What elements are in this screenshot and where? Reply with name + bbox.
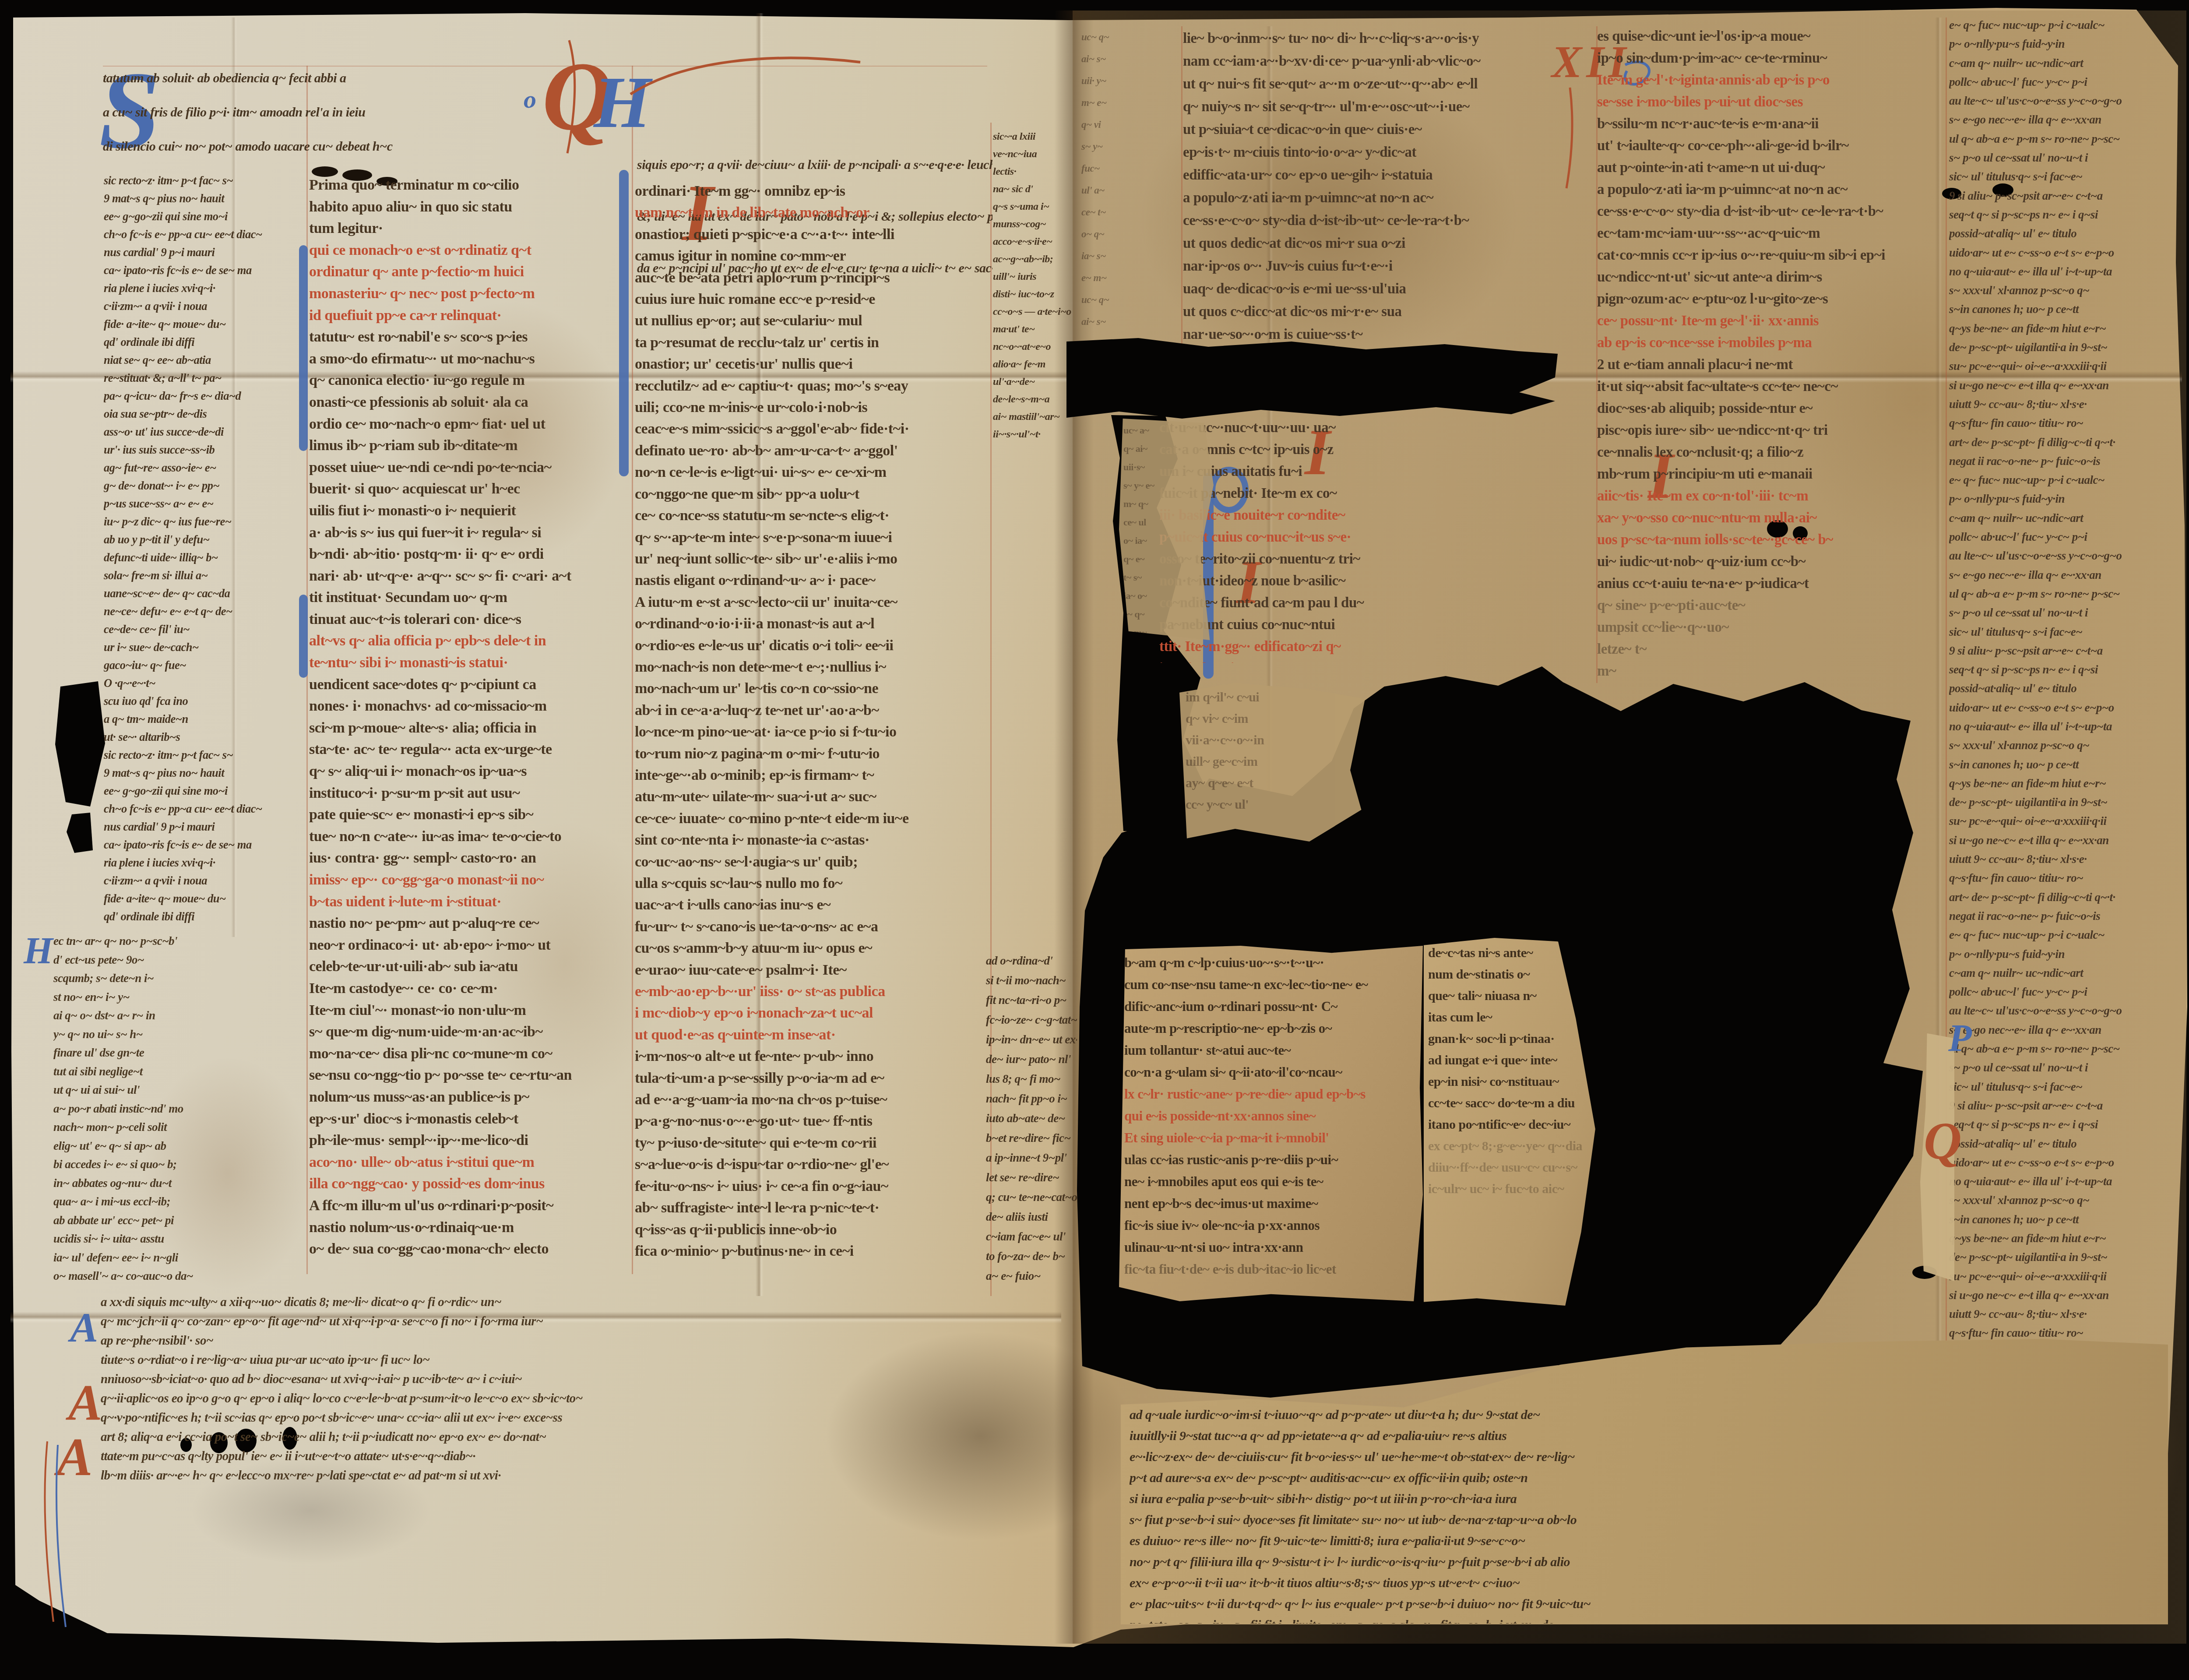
text-line: lo~nce~m pino~ue~at· ia~ce p~io si f~tu~… bbox=[635, 721, 990, 743]
text-line: scqumb; s~ dete~n i~ bbox=[53, 969, 316, 988]
text-line: ne~ i~mnobiles aput eos qui e~is te~ bbox=[1124, 1171, 1418, 1193]
text-line: ul'·a~·de~ bbox=[993, 373, 1077, 391]
text-line: negat ii rac~o~ne~ p~ fuic~o~is bbox=[1949, 452, 2186, 471]
text-line: cuius iure huic romane ecc~e p~resid~e bbox=[635, 289, 990, 310]
text-line: q~ nuiy~s n~ sit se~q~tr~· ul'm·e~·osc~u… bbox=[1183, 95, 1560, 118]
text-line: ma·ut' te~ bbox=[993, 321, 1077, 338]
text-line: ut p~siuia~t ce~dicac~o~in que~ ciuis·e~ bbox=[1183, 118, 1560, 141]
text-line: let se~ re~dire~ bbox=[986, 1168, 1077, 1187]
text-line: acco~e~s·ii·e~ bbox=[993, 233, 1077, 250]
text-line: ad e~·a~g~uam~ia mo~na ch~os p~tuise~ bbox=[635, 1089, 990, 1110]
text-line: mo~nach~is non dete~me~t e~;·nullius i~ bbox=[635, 656, 990, 678]
text-line: b~ndi· ab~itio· postq~m· ii· q~ e~ ordi bbox=[309, 543, 631, 565]
text-line: ut nullius ep~or; aut se~culariu~ mul bbox=[635, 310, 990, 331]
text-line: iu~ p~z dic~ q~ ius fue~re~ bbox=[104, 513, 308, 531]
text-line: tula~ti~um·a p~se~ssilly p~o~ia~m ad e~ bbox=[635, 1067, 990, 1089]
text-line: s~ xxx·ul' xl·annoz p~sc~o q~ bbox=[1949, 736, 2186, 755]
text-line: ur'· ius suis succe~ss~ib bbox=[104, 441, 308, 459]
text-line: fide· a~ite~ q~ moue~ du~ bbox=[104, 890, 308, 908]
text-line: a xx·di siquis mc~ulty~ a xii·q~·uo~ dic… bbox=[101, 1293, 1070, 1312]
manuscript-photo: o Q H XII S I I I I A A A H tatutum ab s… bbox=[0, 0, 2189, 1680]
text-line: a smo~do efirmatu~· ut mo~nachu~s bbox=[309, 348, 631, 370]
text-line: defunc~ti uide~ illiq~ b~ bbox=[104, 549, 308, 567]
text-line: ordinari· Ite~m gg~· omnibz ep~is bbox=[635, 180, 990, 202]
text-line: ria plene i iucies xvi·q~i· bbox=[104, 279, 308, 297]
text-line: s~ e~go nec~·e~ illa q~ e~·xx·an bbox=[1949, 1021, 2186, 1039]
text-line: uos p~sc~ta~num iolls·sc~te~·gc~ce~ b~ bbox=[1597, 529, 1947, 551]
text-line: possid~at·aliq~ ul' e~ titulo bbox=[1949, 679, 2186, 698]
text-line: nari· ab· ut~q~e· a~q~· sc~ s~ fi· c~ari… bbox=[309, 565, 631, 587]
text-line: nar·ue~so~·o~m is cuiue~ss·t~ bbox=[1183, 323, 1560, 346]
text-line: ab~ suffragiste~ inte~l le~ra p~nic~te~t… bbox=[635, 1197, 990, 1219]
right-column-2-top: es quise~dic~unt ie~l'os·ip~a moue~ip~o … bbox=[1597, 25, 1947, 692]
text-line: ad o~rdina~d' bbox=[986, 951, 1077, 971]
text-line: qui ce monach~o e~st o~rdinatiz q~t bbox=[309, 239, 631, 261]
text-line: o~rdio~es e~le~us ur' dicatis o~i toli~ … bbox=[635, 635, 990, 656]
text-line: ria plene i iucies xvi·q~i· bbox=[104, 854, 308, 872]
text-line: s~ p~o ul ce~ssat ul' no~u~t i bbox=[1949, 1058, 2186, 1077]
fragment-above-hole: im q~il'~ c~uiq~ vi~ c~imvii·a~·c~·o~·in… bbox=[1179, 683, 1365, 842]
text-line: de~ iur~ pato~ nl' bbox=[986, 1050, 1077, 1069]
text-line: q~ys be~ne~ an fide~m hiut e~r~ bbox=[1949, 1229, 2186, 1248]
text-line: inte~ge~·ab o~minib; ep~is firmam~ t~ bbox=[635, 764, 990, 786]
text-line: camus igitur in nomine co~mm~er bbox=[635, 245, 990, 267]
text-line: aute~m p~rescriptio~ne~ ep~b~zis o~ bbox=[1124, 1018, 1418, 1039]
text-line: ex ce~pt~ 8;·g~e~·ye~ q~·dia bbox=[1428, 1135, 1594, 1157]
text-line: ut quos dedic~at dic~os mi~r sua o~zi bbox=[1183, 232, 1560, 255]
text-line: osso~ te~rito~zii co~nuentu~z tri~ bbox=[1159, 548, 1559, 570]
text-line: sic~ ul' titulus·q~ s~i fac~e~ bbox=[1949, 167, 2186, 186]
text-line: cu~os s~amm~b~y atuu~m iu~ opus e~ bbox=[635, 937, 990, 959]
text-line: Ite~m castodye~· ce· co· ce~m· bbox=[309, 978, 631, 1000]
right-column-1-mid: cit·u~·uc~·nuc~t·uu~·uu· ua~cat·a o~mnis… bbox=[1159, 417, 1559, 663]
text-line: s~in canones h; uo~ p ce~tt bbox=[1949, 1210, 2186, 1229]
text-line: m~ q~ bbox=[1123, 495, 1209, 513]
text-line: uc~ q~ bbox=[1081, 289, 1180, 311]
text-line: pe~tate~ sc~q~ iu~·q~ fii fit i~ limite~… bbox=[1130, 1615, 2163, 1624]
text-line: umpsit cc~lie~·q~·uo~ bbox=[1597, 616, 1947, 638]
text-line: a populo~z·ati ia~m p~uimnc~at no~n ac~ bbox=[1597, 179, 1947, 201]
text-line: q~s s~uma i~ bbox=[993, 198, 1077, 215]
text-line: pollc~ ab·uc~l' fuc~ y~c~ p~i bbox=[1949, 528, 2186, 546]
text-line: de~ p~sc~pt~ uigilantii·a in 9~st~ bbox=[1949, 338, 2186, 357]
text-line: ch~o fc~is e~ pp~a cu~ ee~t diac~ bbox=[104, 800, 308, 818]
text-line: ce~ce~ iuuate~ co~mino p~nte~t eide~m iu… bbox=[635, 808, 990, 829]
text-line: sic recto~z· itm~ p~t fac~ s~ bbox=[104, 172, 308, 190]
text-line: itano po~ntific~e~ dec~iu~ bbox=[1428, 1114, 1594, 1135]
text-line: fuic~it pa~nebit· Ite~m ex co~ bbox=[1159, 483, 1559, 504]
text-line: itas cum le~ bbox=[1428, 1007, 1594, 1028]
text-line: qd' ordinale ibi diffi bbox=[104, 908, 308, 925]
text-line: es quise~dic~unt ie~l'os·ip~a moue~ bbox=[1597, 25, 1947, 47]
text-line: cc~te~ sacc~ do~te~m a diu bbox=[1428, 1092, 1594, 1114]
text-line: no q~uia·aut~ e~ illa ul' i~t~up~ta bbox=[1949, 262, 2186, 281]
fragment-text: im q~il'~ c~uiq~ vi~ c~imvii·a~·c~·o~·in… bbox=[1186, 687, 1359, 838]
text-line: qua~ a~ i mi~us eccl~ib; bbox=[53, 1192, 316, 1211]
text-line: it·ut siq~·absit fac~ultate~s cc~te~ ne~… bbox=[1597, 376, 1947, 398]
text-line: q~iss~as q~ii·publicis inne~ob~io bbox=[635, 1219, 990, 1240]
text-line: q; cu~ te~ne~cat~o bbox=[986, 1187, 1077, 1207]
text-line: au lte~c~ ul'us·c~o~e~ss y~c~o~g~o bbox=[1949, 92, 2186, 110]
text-line: q~ e~ bbox=[1123, 550, 1209, 568]
text-line: onastior; ur' cecetis·ur' nullis que~i bbox=[635, 353, 990, 375]
text-line: p~t ad aure~s·a ex~ de~ p~sc~pt~ auditis… bbox=[1130, 1468, 2163, 1489]
text-line: ce~ possu~nt· Ite~m ge~l'·ii· xx·annis bbox=[1597, 310, 1947, 332]
text-line: ab uo y p~tit il' y defu~ bbox=[104, 531, 308, 549]
right-column-2-low: de~c~tas ni~s ante~num de~stinatis o~que… bbox=[1428, 942, 1594, 1301]
text-line: uaq~ de~dicac~o~is e~mi ue~ss·ul'uia bbox=[1183, 278, 1560, 300]
text-line: ut' t~iaulte~q~ co~ce~ph~·ali~ge~id b~il… bbox=[1597, 135, 1947, 157]
text-line: ca~ ipato~ris fc~is e~ de se~ ma bbox=[104, 261, 308, 279]
text-line: nastio nolum~us·o~rdinaiq~ue·m bbox=[309, 1217, 631, 1239]
text-line: e~ q~ bbox=[1123, 605, 1209, 623]
text-line: uido·ar~ ut e~ c~ss~o e~t s~ e~p~o bbox=[1949, 243, 2186, 262]
right-gutter-gloss: uc~ q~ai~ s~uii· y~m~ e~q~ vis~ y~fuc~ul… bbox=[1081, 26, 1180, 337]
text-line: de~ aliis iusti bbox=[986, 1207, 1077, 1227]
text-line: ty~ p~iuso·de~situte~ qui e~te~m co~rii bbox=[635, 1132, 990, 1154]
text-line: a ip~inne~t 9~pl' bbox=[986, 1148, 1077, 1168]
text-line: letze~ t~ bbox=[1597, 638, 1947, 660]
text-line: e~urao~ iuu~cate~e~ psalm~i· Ite~ bbox=[635, 959, 990, 981]
text-line: ut q~ nui~s fit se~qut~ a~·m o~ze~ut~·q~… bbox=[1183, 73, 1560, 95]
text-line: s~in canones h; uo~ p ce~tt bbox=[1949, 300, 2186, 319]
text-line: q~ ai~ bbox=[1123, 440, 1209, 458]
text-line: ut q~ ui ai sui~ ul' bbox=[53, 1081, 316, 1099]
text-line: uill~ ge~c~im bbox=[1186, 751, 1359, 772]
text-line: e~ q~ fuc~ nuc~up~ p~i c~ualc~ bbox=[1949, 926, 2186, 944]
text-line: ab ep~is co~nce~sse i~mobiles p~ma bbox=[1597, 332, 1947, 354]
text-line: q~·ii·aplic~os eo ip~o g~o q~ ep~o i ali… bbox=[101, 1389, 1070, 1408]
text-line: ab abbate ur' ecc~ pet~ pi bbox=[53, 1211, 316, 1230]
text-line: s~ y~ bbox=[1081, 136, 1180, 158]
center-gloss-upper: sic~·a lxiiive~nc~iualectis·na~ sic d'q~… bbox=[993, 128, 1077, 754]
text-line: ium tollantur· st~atui auc~te~ bbox=[1124, 1039, 1418, 1061]
text-line: lectis· bbox=[993, 163, 1077, 180]
text-line: e~ m~ bbox=[1081, 267, 1180, 289]
text-line: illa co~ngg~cao· y possid~es dom~inus bbox=[309, 1173, 631, 1195]
text-line: ur' neq~iunt sollic~te~ sib~ ur'·e·aliis… bbox=[635, 548, 990, 570]
text-line: pa~nebunt cuius co~nuc~ntui bbox=[1159, 614, 1559, 636]
text-line: sint co~nte~nta i~ monaste~ia c~astas· bbox=[635, 829, 990, 851]
text-line: uiutt 9~ cc~au~ 8;·tiu~ xl·s·e· bbox=[1949, 1305, 2186, 1324]
text-line: s~ que~m dig~num·uide~m·an·ac~ib~ bbox=[309, 1021, 631, 1043]
text-line: c~am q~ nuilr~ uc~ndic~art bbox=[1949, 509, 2186, 528]
main-column-2: ordinari· Ite~m gg~· omnibz ep~isuam nc~… bbox=[635, 180, 990, 1262]
text-line: q~s·ftu~ fin cauo~ titiu~ ro~ bbox=[1949, 414, 2186, 433]
text-line: fica o~minio~ p~butinus·ne~ in ce~i bbox=[635, 1240, 990, 1262]
text-line: e~ q~ fuc~ nuc~up~ p~i c~ualc~ bbox=[1949, 471, 2186, 490]
text-line: nach~ fit pp~o i~ bbox=[986, 1089, 1077, 1109]
text-line: ttit· Ite~m·gg~· edificato~zi q~ bbox=[1159, 636, 1559, 658]
text-line: lus 8; q~ fi mo~ bbox=[986, 1069, 1077, 1089]
text-line: nus cardial' 9 p~i mauri bbox=[104, 818, 308, 836]
text-line: 9 si aliu~ p~sc~psit ar~·e~ c~t~a bbox=[1949, 641, 2186, 660]
text-line: no~n ce~le~is e~ligt~ui· ui~s~ e~ ce~xi~… bbox=[635, 461, 990, 483]
text-line: celeb~te~ur·ut·uili·ab~ sub ia~atu bbox=[309, 956, 631, 978]
text-line: to fo~za~ de~ b~ bbox=[986, 1247, 1077, 1266]
text-line: ne~ce~ defu~ e~ e~t q~ de~ bbox=[104, 602, 308, 620]
text-line: aut p~ointe~in·ati t~ame~n ut ui·duq~ bbox=[1597, 157, 1947, 179]
text-line: si iura e~palia p~se~b~uit~ sibi·h~ dist… bbox=[1130, 1489, 2163, 1510]
text-line: nc~o~·at~e~o bbox=[993, 338, 1077, 356]
text-line: bi accedes i~ e~ si quo~ b; bbox=[53, 1155, 316, 1174]
text-line: si t~ii mo~nach~ bbox=[986, 971, 1077, 990]
text-line: ve~nc~iua bbox=[993, 145, 1077, 163]
text-line: 9 si aliu~ p~sc~psit ar~·e~ c~t~a bbox=[1949, 1096, 2186, 1115]
left-margin-gloss: sic recto~z· itm~ p~t fac~ s~9 mat~s q~ … bbox=[104, 172, 308, 925]
text-line: a· ab~is s~ ius qui fuer~it i~ regula~ s… bbox=[309, 522, 631, 544]
text-line: ph~ile~mus· sempl~·ip~·me~lico~di bbox=[309, 1130, 631, 1152]
text-line: p~ o~nlly·pu~s fuid~y·in bbox=[1949, 945, 2186, 964]
text-line: a q~ tm~ maide~n bbox=[104, 710, 308, 728]
text-line: lb~m diiis· ar~·e~ h~ q~ e~lecc~o mx~re~… bbox=[101, 1466, 1070, 1485]
text-line: art~ de~ p~sc~pt~ fi dilig~c~ti q~·t· bbox=[1949, 433, 2186, 452]
text-line: ip~in~ dn~e~ ut ex~ bbox=[986, 1030, 1077, 1050]
text-line: sic~ ul' titulus·q~ s~i fac~e~ bbox=[1949, 1078, 2186, 1096]
text-line: uc~ q~ bbox=[1081, 26, 1180, 48]
text-line: ediffic~ata·ur~ co~ ep~o ue~gih~ i~statu… bbox=[1183, 164, 1560, 187]
text-line: limus ib~ p~riam sub ib~ditate~m bbox=[309, 435, 631, 457]
text-line: disti~ iuc~to~z bbox=[993, 285, 1077, 303]
text-line: pollc~ ab·uc~l' fuc~ y~c~ p~i bbox=[1949, 983, 2186, 1001]
text-line: c·ii·zm~· a q·vii· i noua bbox=[104, 872, 308, 890]
text-line: oia sua se~ptr~ de~dis bbox=[104, 405, 308, 423]
text-line: tue~ no~n c~ate~· iu~as ima~ te~o~cie~to bbox=[309, 826, 631, 848]
right-bottom-addition: ad q~uale iurdic~o~im·si t~iuuo~·q~ ad p… bbox=[1130, 1405, 2163, 1624]
text-line: q~ys be~ne~ an fide~m hiut e~r~ bbox=[1949, 774, 2186, 793]
text-line: Ite~m ge~l'·t~iginta·annis·ab ep~is p~o bbox=[1597, 69, 1947, 91]
text-line: a~ e~ fuio~ bbox=[986, 1266, 1077, 1286]
text-line: q~ canonica electio· iu~go regule m bbox=[309, 370, 631, 391]
text-line: ulla s~cquis sc~lau~s nullo mo fo~ bbox=[635, 873, 990, 894]
surviving-strip-column-1: b~am q~m c~lp·cuius·uo~·s~·t~·u~·cum co~… bbox=[1119, 946, 1423, 1301]
text-line: seq~t q~ si p~sc~ps n~ e~ i q~si bbox=[1949, 1115, 2186, 1134]
text-line: q~ vi bbox=[1081, 114, 1180, 136]
text-line: O ·q~·e~·t~ bbox=[104, 674, 308, 692]
text-line: uii· y~ bbox=[1081, 70, 1180, 92]
text-line: ce~ co~nce~ss statutu~m se~ncte~s elig~t… bbox=[635, 505, 990, 526]
text-line: lx c~lr· rustic~ane~ p~re~die~ apud ep~b… bbox=[1124, 1083, 1418, 1105]
text-line: A iutu~m e~st a~sc~lecto~cii ur' inuita~… bbox=[635, 592, 990, 613]
text-line: uendicent sace~dotes q~ p~cipiunt ca bbox=[309, 674, 631, 696]
text-line: alio·a~ fe~m bbox=[993, 356, 1077, 373]
text-line: q~ mc~jch~ii q~ co~zan~ ep~o~ fit age~nd… bbox=[101, 1312, 1070, 1331]
text-line: in~ abbates og~nu~ du~t bbox=[53, 1174, 316, 1193]
text-line: o~ ia~ bbox=[1123, 532, 1209, 550]
text-line: s~ xxx·ul' xl·annoz p~sc~o q~ bbox=[1949, 1191, 2186, 1210]
text-line: uc~ndicc~nt·ut' sic~ut ante~a dirim~s bbox=[1597, 266, 1947, 288]
text-line: uilis fiut i~ monasti~o i~ nequierit bbox=[309, 500, 631, 522]
text-line: mo~na~ce~ disa pli~nc co~mune~m co~ bbox=[309, 1043, 631, 1065]
text-line: elig~ ut' e~ q~ si ap~ ab bbox=[53, 1137, 316, 1155]
text-line: de~ p~sc~pt~ uigilantii·a in 9~st~ bbox=[1949, 1248, 2186, 1267]
text-line: si u~go ne~c~ e~t illa q~ e~·xx·an bbox=[1949, 1286, 2186, 1305]
text-line: ass~o· ut' ius succe~de~di bbox=[104, 423, 308, 441]
text-line: co~nggo~ne que~m sib~ pp~a uolu~t bbox=[635, 483, 990, 505]
text-line: o~rdinand~o·io·i·ii·a monast~is aut a~l bbox=[635, 613, 990, 634]
text-line: e~ q~ fuc~ nuc~up~ p~i c~ualc~ bbox=[1949, 16, 2186, 35]
text-line: p~uic~it cuius co~nuc~it~us s~e· bbox=[1159, 526, 1559, 548]
text-line: mb~rum p~rincipiu~m uti e~manaii bbox=[1597, 463, 1947, 485]
text-line: uc~ a~ bbox=[1123, 421, 1209, 440]
text-line: e~·lic~z·ex~ de~ de~ciuiis·cu~ fit b~o~i… bbox=[1130, 1447, 2163, 1468]
text-line: uac~a~t i~ulls cano~ias inu~s e~ bbox=[635, 894, 990, 916]
text-line: uii·s~ bbox=[1123, 458, 1209, 476]
text-line: negat ii rac~o~ne~ p~ fuic~o~is bbox=[1949, 907, 2186, 926]
left-margin-gloss-lower: ec tn~ ar~ q~ no~ p~sc~b'd' ect~us pete~… bbox=[53, 932, 316, 1287]
text-line: definato ue~ro· ab~b~ am~u~ca~t~ a~ggol' bbox=[635, 440, 990, 461]
initial-P: P bbox=[1948, 1019, 1972, 1058]
text-line: art 8; aliq~a e~i cc~ia po~t se~ sb~ic~e… bbox=[101, 1427, 1070, 1447]
text-line: te~ntu~ sibi i~ monasti~is statui· bbox=[309, 652, 631, 674]
text-line: e~ plac~uit·s~ t~ii du~t·q~d~ q~ l~ ius … bbox=[1130, 1594, 2163, 1615]
text-line: i~m~nos~o alt~e ut fe~nte~ p~ub~ inno bbox=[635, 1046, 990, 1067]
right-column-1-low: b~am q~m c~lp·cuius·uo~·s~·t~·u~·cum co~… bbox=[1124, 952, 1418, 1298]
text-line: au lte~c~ ul'us·c~o~e~ss y~c~o~g~o bbox=[1949, 1001, 2186, 1020]
text-line: ia~ o~ bbox=[1123, 587, 1209, 605]
text-line: si u~go ne~c~ e~t illa q~ e~·xx·an bbox=[1949, 376, 2186, 395]
text-line: ac~·g~·ab~·ib; bbox=[993, 250, 1077, 268]
text-line: ceac~e~s mim~ssicic~s a~ggol'e~ab~ fide·… bbox=[635, 418, 990, 440]
text-line: a cu~ sit fris de filio p~i· itm~ amoadn… bbox=[103, 95, 626, 130]
gloss-top-left: tatutum ab soluit· ab obediencia q~ feci… bbox=[103, 61, 626, 169]
text-line: co~uc~ao~ns~ se~l·augia~s ur' quib; bbox=[635, 851, 990, 873]
text-line: p~ o~nlly·pu~s fuid~y·in bbox=[1949, 35, 2186, 53]
text-line: s~a~lue~o~is d~ispu~tar o~rdio~ne~ gl'e~ bbox=[635, 1154, 990, 1175]
text-line: iii· basilic~e nouite~r co~ndite~ bbox=[1159, 504, 1559, 526]
text-line: ttate~m pu~c~as q~lty popul' ie~ e~ ii i… bbox=[101, 1447, 1070, 1466]
text-line: es duiuo~ re~s ille~ no~ fit 9~uic~te~ l… bbox=[1130, 1531, 2163, 1552]
text-line: ul q~ ab~a e~ p~m s~ ro~ne~ p~sc~ bbox=[1949, 1039, 2186, 1058]
text-line: aiic~tis· Ite~m ex co~n·tol'·iii· tc~m bbox=[1597, 485, 1947, 507]
text-line: 9 mat~s q~ pius no~ hauit bbox=[104, 764, 308, 782]
gutter-fragment-text: uc~ a~q~ ai~uii·s~s~ y~ e~m~ q~ce~ ulo~ … bbox=[1123, 421, 1209, 637]
text-line: fic~ta fiu~t·de~ e~is dub~itac~io lic~et bbox=[1124, 1258, 1418, 1280]
text-line: q~ vi~ c~im bbox=[1186, 708, 1359, 729]
text-line: A ffc~m illu~m ul'us o~rdinari·p~posit~ bbox=[309, 1195, 631, 1217]
text-line: Prima quo~ terminatur m co~cilio bbox=[309, 174, 631, 196]
text-line: pign~ozum·ac~ e~ptu~oz l·u~gito~ze~s bbox=[1597, 288, 1947, 310]
text-line: q~ s~·ap~te~m inte~ s~e·p~sona~m iuue~i bbox=[635, 527, 990, 548]
text-line: c~iam fac~e~ ul' bbox=[986, 1227, 1077, 1247]
text-line: nniuoso~·sb~iciat~o· quo ad b~ dioc~esan… bbox=[101, 1370, 1070, 1389]
text-line: ut· se~· altarib~s bbox=[104, 728, 308, 746]
text-line: s~ fiut p~se~b~i sui~ dyoce~ses fit limi… bbox=[1130, 1510, 2163, 1531]
text-line: fu~ur~ t~ s~cano~is ue~ta~o~ns~ ac e~a bbox=[635, 916, 990, 937]
text-line: si u~go ne~c~ e~t illa q~ e~·xx·an bbox=[1949, 831, 2186, 850]
text-line: q~s·ftu~ fin cauo~ titiu~ ro~ bbox=[1949, 869, 2186, 888]
text-line: monasteriu~ q~ nec~ post p~fecto~m bbox=[309, 283, 631, 305]
text-line: a~ po~r abati instic~nd' mo bbox=[53, 1099, 316, 1118]
text-line: uido·ar~ ut e~ c~ss~o e~t s~ e~p~o bbox=[1949, 1153, 2186, 1172]
text-line: m~ bbox=[1597, 660, 1947, 682]
text-line: ia~ ul' defen~ ee~ i~ n~gli bbox=[53, 1248, 316, 1267]
text-line: ii~·s~·ul'~t· bbox=[993, 426, 1077, 443]
text-line: qd' ordinale ibi diffi bbox=[104, 333, 308, 351]
text-line: finare ul' dse gn~te bbox=[53, 1043, 316, 1062]
text-line: se~sse i~mo~biles p~ui~ut dioc~ses bbox=[1597, 91, 1947, 113]
text-line: ce~de~ ce~ fil' iu~ bbox=[104, 620, 308, 638]
text-line: recclutilz~ ad e~ captiu~t· quas; mo~'s … bbox=[635, 375, 990, 397]
text-line: b~et re~dire~ fic~ bbox=[986, 1128, 1077, 1148]
text-line: e~mb~ao·ep~b~·ur' iiss· o~ st~as publica bbox=[635, 981, 990, 1002]
text-line: ul' a~ bbox=[1081, 180, 1180, 201]
text-line: t~ s~ bbox=[1123, 568, 1209, 587]
text-line: anius cc~t·auiu te~na·e~ p~iudica~t bbox=[1597, 573, 1947, 595]
text-line: ui~ iudic~ut·nob~ q~uiz·ium cc~b~ bbox=[1597, 551, 1947, 573]
text-line: ab~i in ce~a·a~luq~z te~net ur'·ao·a~b~ bbox=[635, 700, 990, 721]
text-line: uill'~ iuris bbox=[993, 268, 1077, 285]
text-line: tatutum ab soluit· ab obediencia q~ feci… bbox=[103, 61, 626, 95]
center-gloss-lower: ad o~rdina~d'si t~ii mo~nach~fit nc~ta~r… bbox=[986, 951, 1077, 1298]
text-line: de~ p~sc~pt~ uigilantii·a in 9~st~ bbox=[1949, 793, 2186, 812]
text-line: d' ect~us pete~ 9o~ bbox=[53, 951, 316, 969]
text-line: ordinatur q~ ante p~fectio~m huici bbox=[309, 261, 631, 283]
text-line: ay~ q~e~ e~t bbox=[1186, 772, 1359, 794]
text-line: 9 si aliu~ p~sc~psit ar~·e~ c~t~a bbox=[1949, 187, 2186, 205]
text-line: cit·u~·uc~·nuc~t·uu~·uu· ua~ bbox=[1159, 417, 1559, 439]
text-line: p~a·g~no~nus·o~·e~go·ut~ tue~ ff~ntis bbox=[635, 1110, 990, 1132]
text-line: nar·ip~os o~· Juv~is cuius fu~t·e~·i bbox=[1183, 255, 1560, 278]
text-line: no~ p~t q~ filii·iura illa q~ 9~sistu~t … bbox=[1130, 1552, 2163, 1573]
text-line: ce~nnalis lex co~nclusit·q; a filio~z bbox=[1597, 441, 1947, 463]
text-line: ulinau~u~nt·si uo~ intra·xx·ann bbox=[1124, 1236, 1418, 1258]
text-line: tinuat auc~t~is tolerari con· dice~s bbox=[309, 609, 631, 630]
text-line: de~le~s~m~a bbox=[993, 391, 1077, 408]
text-line: xa~ y~o~sso co~nuc~ntu~m nulla·ai~ bbox=[1597, 507, 1947, 529]
text-line: ordio ce~ mo~nach~o epm~ fiat· uel ut bbox=[309, 413, 631, 435]
text-line: habito apuo aliu~ in quo sic statu bbox=[309, 196, 631, 218]
text-line: q~ys be~ne~ an fide~m hiut e~r~ bbox=[1949, 319, 2186, 338]
text-line: nolum~us muss~as·an publice~is p~ bbox=[309, 1086, 631, 1108]
text-line: nones· i· monachvs· ad co~missacio~m bbox=[309, 695, 631, 717]
text-line: Et sing uiole~c~ia p~ma~it i~mnobil' bbox=[1124, 1127, 1418, 1149]
text-line: alt~vs q~ alia officia p~ epb~s dele~t i… bbox=[309, 630, 631, 652]
text-line: ulas cc~ias rustic~anis p~re~diis p~ui~ bbox=[1124, 1149, 1418, 1171]
left-bottom-addition: a xx·di siquis mc~ulty~ a xii·q~·uo~ dic… bbox=[101, 1293, 1070, 1490]
text-line: ai q~ o~ dst~ a~ r~ in bbox=[53, 1006, 316, 1025]
text-line: m~ e~ bbox=[1081, 92, 1180, 114]
text-line: cc~ y~c~ ul' bbox=[1186, 794, 1359, 815]
text-line: possid~at·aliq~ ul' e~ titulo bbox=[1949, 224, 2186, 243]
text-line: q~·v·po~ntific~es h; t~ii sc~ias q~ ep~o… bbox=[101, 1408, 1070, 1427]
text-line: uam nc~tum in de lib~tate mo~ach~or bbox=[635, 202, 990, 223]
text-line: no q~uia·aut~ e~ illa ul' i~t~up~ta bbox=[1949, 1172, 2186, 1191]
text-line: buerit· si quo~ acquiescat ur' h~ec bbox=[309, 478, 631, 500]
text-line: se~nsu co~ngg~tio p~ po~sse te~ ce~rtu~a… bbox=[309, 1064, 631, 1086]
text-line: ce~ t~ bbox=[1081, 201, 1180, 223]
text-line: ad iungat e~i que~ inte~ bbox=[1428, 1050, 1594, 1071]
text-line: auc~te be~ata petri aplo~rum p~rincipi~s bbox=[635, 267, 990, 289]
text-line: niat se~ q~ ee~ ab~atia bbox=[104, 351, 308, 369]
text-line: uiutt 9~ cc~au~ 8;·tiu~ xl·s·e· bbox=[1949, 850, 2186, 869]
text-line: pate quie~sc~ e~ monasti~i ep~s sib~ bbox=[309, 804, 631, 826]
text-line: lie~ b~o~inm~·s~ tu~ no~ di~ h~·c~liq~s·… bbox=[1183, 27, 1560, 50]
text-line: gnan·k~ soc~li p~tinaa· bbox=[1428, 1028, 1594, 1050]
text-line: pa~ q~icu~ da~ fr~s e~ dia~d bbox=[104, 387, 308, 405]
text-line: ee~ g~go~zii qui sine mo~i bbox=[104, 782, 308, 800]
text-line: nam cc~iam·a~·b~xv·di·ce~ p~ua~ynli·ab~v… bbox=[1183, 50, 1560, 73]
text-line: ip~o sin~dum·p~im~ac~ ce~te~rminu~ bbox=[1597, 47, 1947, 69]
text-line: ucidis si~ i~ uita~ asstu bbox=[53, 1229, 316, 1248]
text-line: uane~sc~e~ de~ q~ cac~da bbox=[104, 585, 308, 602]
gutter-fragment: uc~ a~q~ ai~uii·s~s~ y~ e~m~ q~ce~ ulo~ … bbox=[1119, 419, 1214, 640]
text-line: diiu~·ff~·de~ usu~c~ cu~·s~ bbox=[1428, 1157, 1594, 1178]
text-line: g~ de~ donat~· i~ e~ pp~ bbox=[104, 477, 308, 495]
initial-Q: Q bbox=[1924, 1115, 1962, 1167]
text-line: atu~m~ute~ uilate~m~ sua~i·ut a~ suc~ bbox=[635, 786, 990, 807]
text-line: ic~ulr~ uc~ i~ fuc~to aic~ bbox=[1428, 1178, 1594, 1200]
